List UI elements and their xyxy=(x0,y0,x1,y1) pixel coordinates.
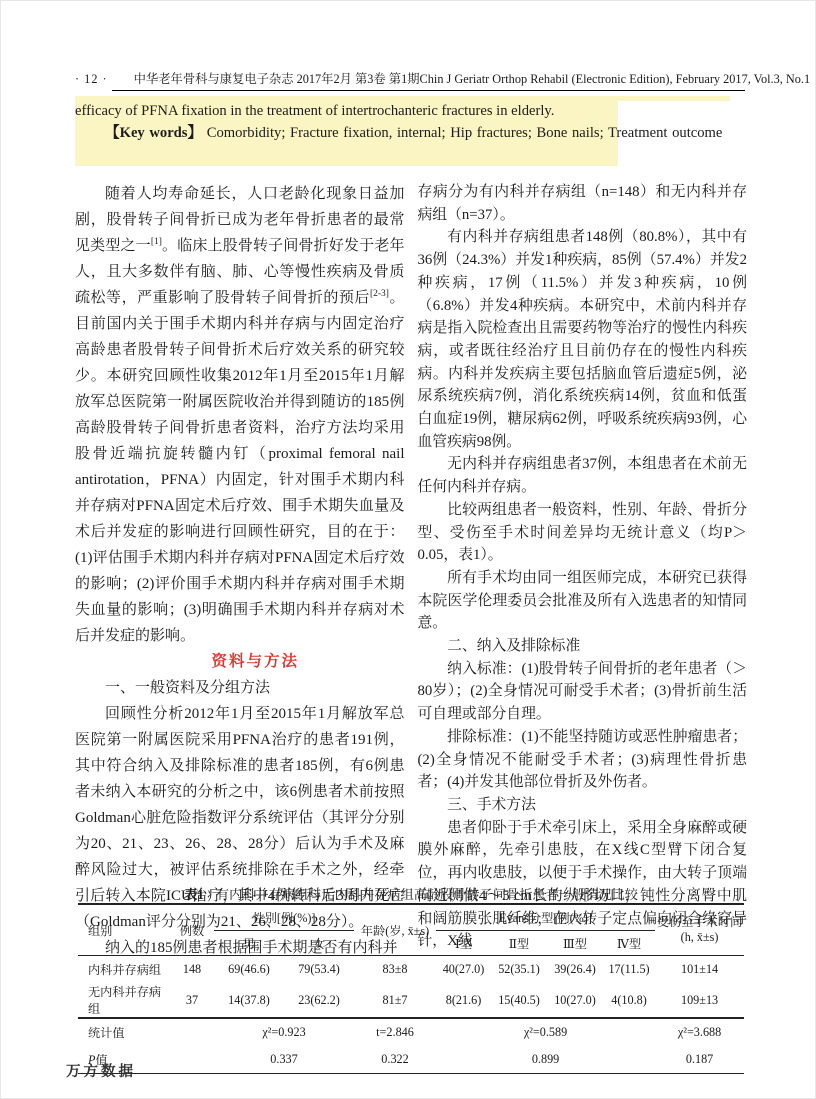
col-header-group: 组别 xyxy=(78,904,170,956)
cell-empty xyxy=(170,1018,214,1046)
col-header-time-line2: (h, x̄±s) xyxy=(655,930,744,945)
table-caption-label: 表1 xyxy=(184,887,204,902)
journal-title-en: Chin J Geriatr Orthop Rehabil (Electroni… xyxy=(420,72,811,87)
left-column: 随着人均寿命延长，人口老龄化现象日益加剧，股骨转子间骨折已成为老年骨折患者的最常… xyxy=(75,181,405,961)
cell-n: 37 xyxy=(170,983,214,1018)
header-rule xyxy=(112,90,745,91)
cell-age: 81±7 xyxy=(354,983,436,1018)
table-1: 组别 例数 性别[例(%)] 年龄(岁, x̄±s) Evans分型[例(%)]… xyxy=(78,903,744,1074)
cell-type1: 40(27.0) xyxy=(436,956,491,984)
p-value-row: P值 0.337 0.322 0.899 0.187 xyxy=(78,1046,744,1074)
cell-type4: 4(10.8) xyxy=(603,983,655,1018)
grouping-continuation: 存病分为有内科并存病组（n=148）和无内科并存病组（n=37）。 xyxy=(418,181,748,226)
ethics-paragraph: 所有手术均由同一组医师完成，本研究已获得本院医学伦理委员会批准及所有入选患者的知… xyxy=(418,567,748,635)
table-row: 内科并存病组 148 69(46.6) 79(53.4) 83±8 40(27.… xyxy=(78,956,744,984)
cell-p-age: 0.322 xyxy=(354,1046,436,1074)
journal-title-cn: 中华老年骨科与康复电子杂志 2017年2月 第3卷 第1期 xyxy=(134,69,420,87)
table-caption: 表1有内科并存病组与无内科并存病组高龄股骨转子间骨折患者一般情况比较 xyxy=(75,884,747,903)
col-header-type4: Ⅳ型 xyxy=(603,931,655,956)
statistics-row: 统计值 χ²=0.923 t=2.846 χ²=0.589 χ²=3.688 xyxy=(78,1018,744,1046)
cell-stat-age: t=2.846 xyxy=(354,1018,436,1046)
page-number: · 12 · xyxy=(75,72,108,87)
subsection-heading-1: 一、一般资料及分组方法 xyxy=(75,675,405,701)
section-heading-methods: 资料与方法 xyxy=(75,649,405,675)
col-header-evans-group: Evans分型[例(%)] xyxy=(436,904,655,931)
abstract-continuation-line: efficacy of PFNA fixation in the treatme… xyxy=(75,100,747,122)
cell-type4: 17(11.5) xyxy=(603,956,655,984)
keywords-label: 【Key words】 xyxy=(105,125,202,141)
wanfang-watermark: 万方数据 xyxy=(66,1060,136,1081)
comorbidity-group-paragraph: 有内科并存病组患者148例（80.8%），其中有36例（24.3%）并发1种疾病… xyxy=(418,226,748,453)
cell-group: 无内科并存病组 xyxy=(78,983,170,1018)
no-comorbidity-group-paragraph: 无内科并存病组患者37例，本组患者在术前无任何内科并存病。 xyxy=(418,453,748,498)
col-header-type2: Ⅱ型 xyxy=(491,931,547,956)
journal-page: · 12 · 中华老年骨科与康复电子杂志 2017年2月 第3卷 第1期 Chi… xyxy=(0,0,816,1099)
col-header-type3: Ⅲ型 xyxy=(547,931,603,956)
exclusion-criteria-paragraph: 排除标准：(1)不能坚持随访或恶性肿瘤患者；(2)全身情况不能耐受手术者；(3)… xyxy=(418,726,748,794)
right-column: 存病分为有内科并存病组（n=148）和无内科并存病组（n=37）。 有内科并存病… xyxy=(418,181,748,961)
col-header-time: 受伤至手术时间 (h, x̄±s) xyxy=(655,904,744,956)
cell-group: 内科并存病组 xyxy=(78,956,170,984)
keywords-text: Comorbidity; Fracture fixation, internal… xyxy=(207,125,723,141)
cell-type2: 52(35.1) xyxy=(491,956,547,984)
subsection-heading-2: 二、纳入及排除标准 xyxy=(418,635,748,658)
inclusion-criteria-paragraph: 纳入标准：(1)股骨转子间骨折的老年患者（＞80岁）；(2)全身情况可耐受手术者… xyxy=(418,658,748,726)
cell-time: 109±13 xyxy=(655,983,744,1018)
cell-female: 23(62.2) xyxy=(284,983,354,1018)
cell-p-evans: 0.899 xyxy=(436,1046,655,1074)
keywords-paragraph: 【Key words】 Comorbidity; Fracture fixati… xyxy=(75,122,747,144)
col-header-time-line1: 受伤至手术时间 xyxy=(655,915,744,930)
col-header-age: 年龄(岁, x̄±s) xyxy=(354,904,436,956)
cell-stat-evans: χ²=0.589 xyxy=(436,1018,655,1046)
col-header-sex-group: 性别[例(%)] xyxy=(214,904,354,931)
cell-time: 101±14 xyxy=(655,956,744,984)
cell-type2: 15(40.5) xyxy=(491,983,547,1018)
table-caption-text: 有内科并存病组与无内科并存病组高龄股骨转子间骨折患者一般情况比较 xyxy=(216,887,638,902)
cell-stat-time: χ²=3.688 xyxy=(655,1018,744,1046)
cell-p-time: 0.187 xyxy=(655,1046,744,1074)
cell-type1: 8(21.6) xyxy=(436,983,491,1018)
cell-type3: 39(26.4) xyxy=(547,956,603,984)
cell-p-sex: 0.337 xyxy=(214,1046,354,1074)
abstract-english-block: efficacy of PFNA fixation in the treatme… xyxy=(75,100,747,145)
cell-n: 148 xyxy=(170,956,214,984)
col-header-female: 女 xyxy=(284,931,354,956)
intro-text: 。目前国内关于围手术期内科并存病与内固定治疗高龄患者股骨转子间骨折术后疗效关系的… xyxy=(75,290,405,644)
col-header-male: 男 xyxy=(214,931,284,956)
col-header-n: 例数 xyxy=(170,904,214,956)
cell-male: 14(37.8) xyxy=(214,983,284,1018)
col-header-type1: Ⅰ型 xyxy=(436,931,491,956)
cell-male: 69(46.6) xyxy=(214,956,284,984)
body-columns: 随着人均寿命延长，人口老龄化现象日益加剧，股骨转子间骨折已成为老年骨折患者的最常… xyxy=(75,181,747,961)
cell-age: 83±8 xyxy=(354,956,436,984)
comparison-paragraph: 比较两组患者一般资料，性别、年龄、骨折分型、受伤至手术时间差异均无统计意义（均P… xyxy=(418,499,748,567)
subsection-heading-3: 三、手术方法 xyxy=(418,794,748,817)
table-header-row-1: 组别 例数 性别[例(%)] 年龄(岁, x̄±s) Evans分型[例(%)]… xyxy=(78,904,744,931)
intro-paragraph: 随着人均寿命延长，人口老龄化现象日益加剧，股骨转子间骨折已成为老年骨折患者的最常… xyxy=(75,181,405,649)
citation-ref-1: [1] xyxy=(151,237,162,247)
cell-empty xyxy=(170,1046,214,1074)
cell-type3: 10(27.0) xyxy=(547,983,603,1018)
cell-stat-sex: χ²=0.923 xyxy=(214,1018,354,1046)
cell-female: 79(53.4) xyxy=(284,956,354,984)
cell-stat-label: 统计值 xyxy=(78,1018,170,1046)
running-head: · 12 · 中华老年骨科与康复电子杂志 2017年2月 第3卷 第1期 Chi… xyxy=(75,69,746,87)
citation-ref-2: [2-3] xyxy=(370,289,389,299)
table-row: 无内科并存病组 37 14(37.8) 23(62.2) 81±7 8(21.6… xyxy=(78,983,744,1018)
